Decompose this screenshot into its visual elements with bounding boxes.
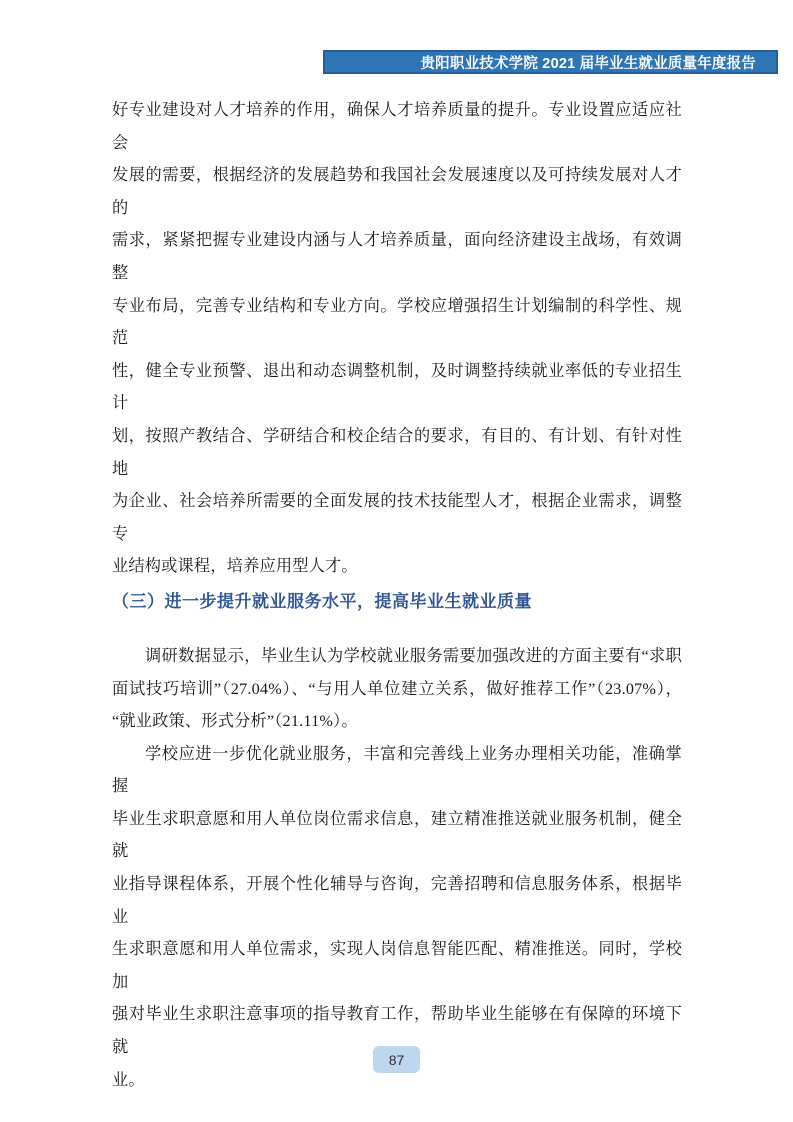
paragraph-1-line: 发展的需要，根据经济的发展趋势和我国社会发展速度以及可持续发展对人才的 <box>112 159 682 224</box>
paragraph-2-line: 面试技巧培训”（27.04%）、“与用人单位建立关系，做好推荐工作”（23.07… <box>112 673 682 706</box>
page-body: 好专业建设对人才培养的作用，确保人才培养质量的提升。专业设置应适应社会 发展的需… <box>112 94 682 1096</box>
paragraph-3: 学校应进一步优化就业服务，丰富和完善线上业务办理相关功能，准确掌握 毕业生求职意… <box>112 738 682 1097</box>
paragraph-1-line: 性，健全专业预警、退出和动态调整机制，及时调整持续就业率低的专业招生计 <box>112 355 682 420</box>
page-header-bar: 贵阳职业技术学院 2021 届毕业生就业质量年度报告 <box>323 50 778 74</box>
paragraph-1-line: 需求，紧紧把握专业建设内涵与人才培养质量，面向经济建设主战场，有效调整 <box>112 224 682 289</box>
paragraph-2-line: 调研数据显示，毕业生认为学校就业服务需要加强改进的方面主要有“求职 <box>112 640 682 673</box>
paragraph-3-line: 生求职意愿和用人单位需求，实现人岗信息智能匹配、精准推送。同时，学校加 <box>112 933 682 998</box>
paragraph-1-line: 好专业建设对人才培养的作用，确保人才培养质量的提升。专业设置应适应社会 <box>112 94 682 159</box>
paragraph-1: 好专业建设对人才培养的作用，确保人才培养质量的提升。专业设置应适应社会 发展的需… <box>112 94 682 583</box>
page-number: 87 <box>389 1052 405 1068</box>
paragraph-2: 调研数据显示，毕业生认为学校就业服务需要加强改进的方面主要有“求职 面试技巧培训… <box>112 640 682 738</box>
page-number-badge: 87 <box>373 1046 420 1073</box>
paragraph-3-line: 毕业生求职意愿和用人单位岗位需求信息，建立精准推送就业服务机制，健全就 <box>112 803 682 868</box>
paragraph-2-line: “就业政策、形式分析”（21.11%）。 <box>112 705 682 738</box>
paragraph-3-line: 学校应进一步优化就业服务，丰富和完善线上业务办理相关功能，准确掌握 <box>112 738 682 803</box>
paragraph-1-line: 为企业、社会培养所需要的全面发展的技术技能型人才，根据企业需求，调整专 <box>112 485 682 550</box>
report-header-title: 贵阳职业技术学院 2021 届毕业生就业质量年度报告 <box>420 52 756 73</box>
paragraph-1-line: 专业布局，完善专业结构和专业方向。学校应增强招生计划编制的科学性、规范 <box>112 290 682 355</box>
paragraph-1-line: 划，按照产教结合、学研结合和校企结合的要求，有目的、有计划、有针对性地 <box>112 420 682 485</box>
report-page: 贵阳职业技术学院 2021 届毕业生就业质量年度报告 好专业建设对人才培养的作用… <box>0 0 793 1122</box>
paragraph-1-line: 业结构或课程，培养应用型人才。 <box>112 550 682 583</box>
section-heading: （三）进一步提升就业服务水平，提高毕业生就业质量 <box>112 585 682 619</box>
paragraph-3-line: 业指导课程体系，开展个性化辅导与咨询，完善招聘和信息服务体系，根据毕业 <box>112 868 682 933</box>
